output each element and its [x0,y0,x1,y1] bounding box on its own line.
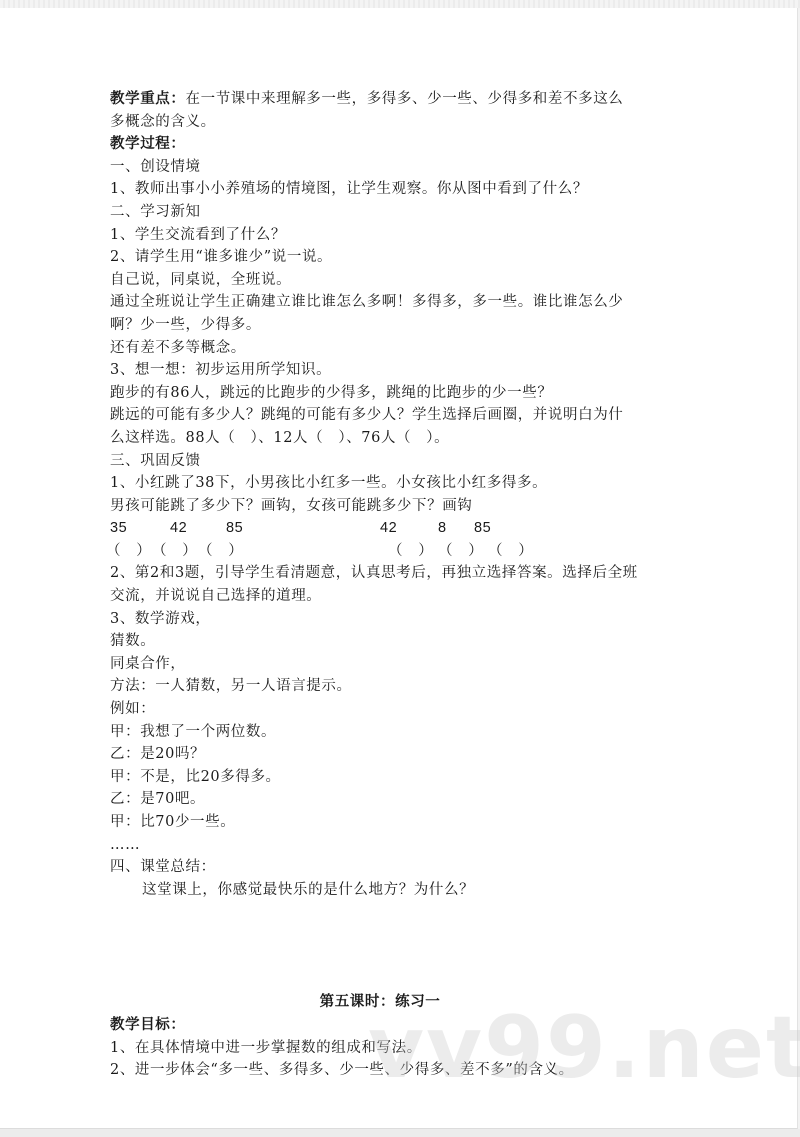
girl-choice-number: 8 [438,517,447,540]
boy-choice-number: 42 [170,517,187,540]
section-4-text: 这堂课上，你感觉最快乐的是什么地方？为什么？ [110,879,690,902]
section-2-line: 跳远的可能有多少人？跳绳的可能有多少人？学生选择后画圈，并说明白为什 [110,404,690,427]
section-2-line: 通过全班说让学生正确建立谁比谁怎么多啊！多得多，多一些。谁比谁怎么少 [110,291,690,314]
section-2-line: 跑步的有86人，跳远的比跑步的少得多，跳绳的比跑步的少一些？ [110,382,690,405]
boy-choice-number: 85 [226,517,243,540]
section-1-item: 1、教师出事小小养殖场的情境图，让学生观察。你从图中看到了什么？ [110,178,690,201]
section-3-line: 3、数学游戏， [110,608,690,631]
choice-numbers-row: 35 42 85 42 8 85 [110,517,690,540]
section-2-line: 2、请学生用“谁多谁少”说一说。 [110,246,690,269]
section-3-line: 男孩可能跳了多少下？画钩，女孩可能跳多少下？画钩 [110,495,690,518]
section-3-line: 例如： [110,698,690,721]
ellipsis-line: …… [110,834,690,857]
answer-blank[interactable]: （ ） [438,540,483,563]
viewer-bottom-strip [0,1129,800,1137]
section-2-line: 自己说，同桌说，全班说。 [110,269,690,292]
section-2-line: 啊？少一些，少得多。 [110,314,690,337]
answer-blank[interactable]: （ ） [388,540,433,563]
section-3-line: 方法：一人猜数，另一人语言提示。 [110,675,690,698]
section-3-line: 1、小红跳了38下，小男孩比小红多一些。小女孩比小红多得多。 [110,472,690,495]
dialogue-line: 乙：是20吗？ [110,743,690,766]
teaching-focus-text: 在一节课中来理解多一些，多得多、少一些、少得多和差不多这么 [186,91,624,107]
answer-blank[interactable]: （ ） [488,540,533,563]
teaching-focus-label: 教学重点： [110,90,186,107]
lesson-5-title: 第五课时：练习一 [110,991,690,1014]
section-2-line: 还有差不多等概念。 [110,337,690,360]
document-page: 教学重点：在一节课中来理解多一些，多得多、少一些、少得多和差不多这么 多概念的含… [0,8,798,1129]
section-3-line: 交流，并说说自己选择的道理。 [110,585,690,608]
section-4-title: 四、课堂总结： [110,856,690,879]
teaching-focus-line-1: 教学重点：在一节课中来理解多一些，多得多、少一些、少得多和差不多这么 [110,88,690,111]
boy-choice-number: 35 [110,517,127,540]
goal-item: 2、进一步体会“多一些、多得多、少一些、少得多、差不多”的含义。 [110,1059,690,1082]
viewer-top-strip [0,0,800,8]
document-content: 教学重点：在一节课中来理解多一些，多得多、少一些、少得多和差不多这么 多概念的含… [110,88,690,1082]
dialogue-line: 甲：不是，比20多得多。 [110,766,690,789]
teaching-focus-line-2: 多概念的含义。 [110,111,690,134]
dialogue-line: 甲：我想了一个两位数。 [110,721,690,744]
section-3-line: 猜数。 [110,630,690,653]
section-3-line: 同桌合作， [110,653,690,676]
dialogue-line: 乙：是70吧。 [110,788,690,811]
section-3-line: 2、第2和3题，引导学生看清题意，认真思考后，再独立选择答案。选择后全班 [110,562,690,585]
girl-choice-number: 42 [380,517,397,540]
goal-item: 1、在具体情境中进一步掌握数的组成和写法。 [110,1037,690,1060]
section-2-line: 么这样选。88人（ ）、12人（ ）、76人（ ）。 [110,427,690,450]
choice-blanks-row: （ ） （ ） （ ） （ ） （ ） （ ） [110,540,690,563]
goals-heading: 教学目标： [110,1014,690,1037]
section-3-title: 三、巩固反馈 [110,450,690,473]
answer-blank[interactable]: （ ） [106,540,151,563]
section-1-title: 一、创设情境 [110,156,690,179]
teaching-process-heading: 教学过程： [110,133,690,156]
section-2-line: 1、学生交流看到了什么？ [110,224,690,247]
section-2-line: 3、想一想：初步运用所学知识。 [110,359,690,382]
answer-blank[interactable]: （ ） [152,540,197,563]
answer-blank[interactable]: （ ） [198,540,243,563]
girl-choice-number: 85 [474,517,491,540]
section-2-title: 二、学习新知 [110,201,690,224]
dialogue-line: 甲：比70少一些。 [110,811,690,834]
page-gap [110,901,690,991]
